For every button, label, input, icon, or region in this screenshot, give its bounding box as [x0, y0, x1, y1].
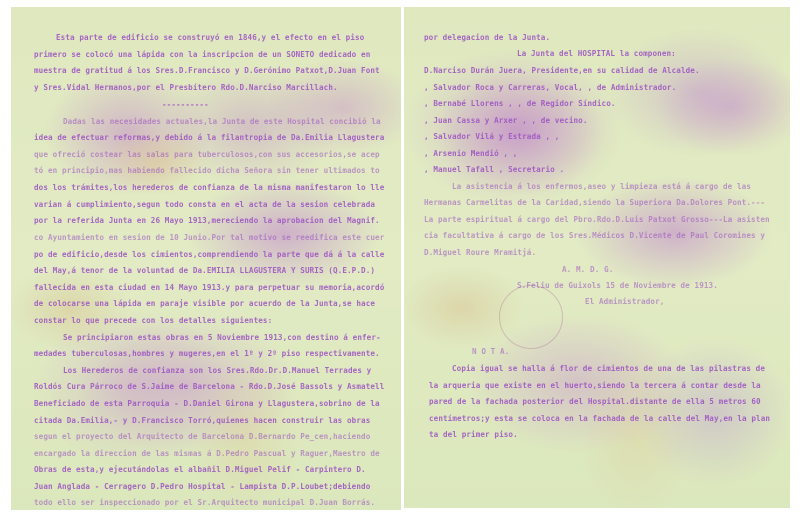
nota-heading: N O T A. — [472, 347, 509, 356]
junta-member-row: , Bernabé Llorens , , de Regidor Síndico… — [424, 99, 616, 108]
text-line: del May,á tenor de la voluntad de Da.EMI… — [34, 266, 375, 275]
text-line: constar lo que precede con los detalles … — [34, 316, 272, 325]
text-line: fallecida en esta ciudad en 14 Mayo 1913… — [34, 283, 384, 292]
text-line: cia facultativa á cargo de los Sres.Médi… — [424, 231, 765, 240]
junta-member-row: , Manuel Tafall , Secretario . — [424, 165, 564, 174]
junta-member-row: D.Narciso Durán Juera, Presidente,en su … — [424, 66, 700, 75]
text-line: citada Da.Emilia,- y D.Francisco Torró,q… — [34, 416, 370, 425]
text-line: Los Herederos de confianza son los Sres.… — [63, 366, 371, 375]
text-line: Juan Anglada - Cerragero D.Pedro Hospita… — [34, 482, 370, 491]
date-line: S.Feliu de Guixols 15 de Noviembre de 19… — [517, 281, 718, 290]
text-line: varian á cumplimiento,segun todo consta … — [34, 200, 375, 209]
text-line: ta del primer piso. — [429, 430, 518, 439]
text-line: Obras de esta,y ejecutándolas el albañil… — [34, 465, 366, 474]
text-line: segun el proyecto del Arquitecto de Barc… — [34, 432, 370, 441]
text-line: Dadas las necesidades actuales,la Junta … — [63, 117, 381, 126]
text-line: Se principiaron estas obras en 5 Noviemb… — [63, 333, 381, 342]
junta-member-row: , Juan Cassa y Arxer , , de vecino. — [424, 116, 588, 125]
text-line: Hermanas Carmelitas de la Caridad,siendo… — [424, 198, 765, 207]
seal-stamp — [499, 285, 563, 349]
text-line: Copia igual se halla á flor de cimientos… — [452, 364, 765, 373]
bleed-through-text — [414, 312, 418, 321]
text-line: La parte espiritual á cargo del Pbro.Rdo… — [424, 215, 770, 224]
text-line: co Ayuntamiento en sesion de 10 Junio.Po… — [34, 233, 384, 242]
text-line: que ofreció costear las salas para tuber… — [34, 150, 380, 159]
divider-dashes: ---------- — [162, 100, 209, 109]
text-line: muestra de gratitud á los Sres.D.Francis… — [34, 66, 380, 75]
heading: La Junta del HOSPITAL la componen: — [517, 49, 676, 58]
text-line: por la referida Junta en 26 Mayo 1913,me… — [34, 216, 380, 225]
text-line: La asistencia á los enfermos,aseo y limp… — [452, 182, 751, 191]
text-line: Roldós Cura Párroco de S.Jaime de Barcel… — [34, 382, 384, 391]
junta-member-row: , Salvador Vilá y Estrada , , — [424, 132, 559, 141]
closing-initials: A. M. D. G. — [562, 265, 613, 274]
text-line: po de edificio,desde los cimientos,compr… — [34, 250, 384, 259]
text-line: y Sres.Vidal Hermanos,por el Presbítero … — [34, 83, 338, 92]
text-line: medades tuberculosas,hombres y mugeres,e… — [34, 349, 380, 358]
document-page-right: por delegacion de la Junta. La Junta del… — [404, 7, 790, 508]
text-line: D.Miguel Roure Mramitjá. — [424, 248, 536, 257]
text-line: primero se colocó una lápida con la insc… — [34, 50, 370, 59]
text-line: todo ello ser inspeccionado por el Sr.Ar… — [34, 498, 375, 507]
text-line: tó en principio,mas habiendo fallecido d… — [34, 166, 380, 175]
text-line: encargado la direccion de las mismas á D… — [34, 449, 380, 458]
text-line: Esta parte de edificio se construyó en 1… — [56, 33, 364, 42]
junta-member-row: , Salvador Roca y Carreras, Vocal, , de … — [424, 83, 676, 92]
document-page-left: Esta parte de edificio se construyó en 1… — [11, 7, 401, 510]
text-line: Beneficiado de esta Parroquia - D.Daniel… — [34, 399, 380, 408]
signature-title: El Administrador, — [585, 297, 664, 306]
junta-member-row: , Arsenio Mendió , , — [424, 149, 517, 158]
text-line: centímetros;y esta se coloca en la facha… — [429, 414, 770, 423]
text-line: por delegacion de la Junta. — [424, 33, 550, 42]
ink-stain — [604, 27, 790, 157]
text-line: pared de la fachada posterior del Hospit… — [429, 397, 761, 406]
text-line: de colocarse una lápida en paraje visibl… — [34, 299, 375, 308]
text-line: la arqueria que existe en el huerto,sien… — [429, 381, 761, 390]
text-line: idea de efectuar reformas,y debido á la … — [34, 133, 384, 142]
ink-stain — [634, 337, 790, 487]
text-line: dos los trámites,los herederos de confia… — [34, 183, 384, 192]
